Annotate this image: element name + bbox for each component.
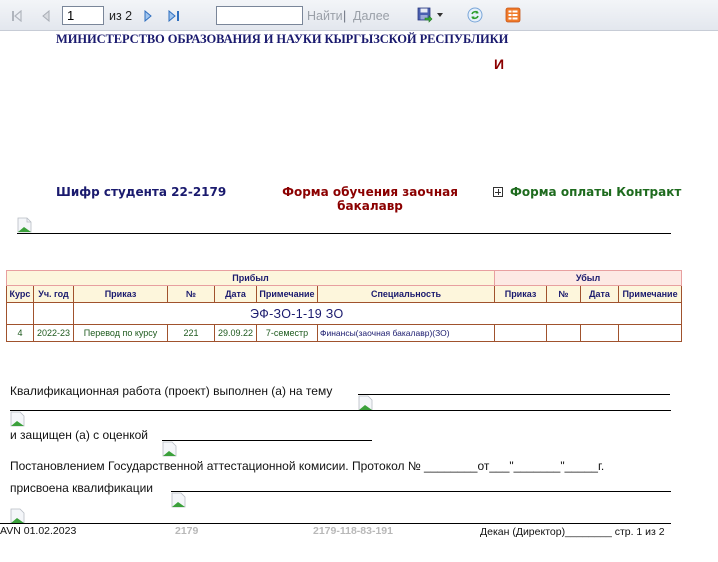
cell-out-order (495, 325, 547, 342)
broken-image-icon (171, 492, 187, 508)
grade-line (162, 440, 372, 441)
column-header: Приказ (74, 286, 168, 303)
header-letter: И (494, 56, 504, 72)
topic-line-2 (10, 410, 671, 411)
study-form: Форма обучения заочная бакалавр (270, 185, 470, 213)
payment-form-label: Форма оплаты Контракт (510, 185, 681, 199)
next-page-button[interactable] (140, 8, 156, 24)
commission-resolution: Постановлением Государственной аттестаци… (10, 459, 604, 473)
column-header: Уч. год (34, 286, 74, 303)
cell-out-number (547, 325, 581, 342)
group-header-arrived: Прибыл (7, 271, 495, 286)
records-table: Прибыл Убыл Курс Уч. год Приказ № Дата П… (6, 270, 682, 342)
cell-number: 221 (168, 325, 215, 342)
divider-line (17, 233, 671, 234)
column-header: Специальность (318, 286, 495, 303)
student-cipher: Шифр студента 22-2179 (56, 185, 226, 199)
broken-image-icon (17, 217, 33, 233)
first-page-button[interactable] (9, 8, 25, 24)
page-count-label: из 2 (109, 9, 132, 23)
cell-note: 7-семестр (257, 325, 318, 342)
qualification-work-label: Квалификационная работа (проект) выполне… (10, 384, 332, 398)
cell-date: 29.09.22 (215, 325, 257, 342)
column-header: Примечание (257, 286, 318, 303)
group-row-spacer (34, 303, 74, 325)
column-header: Приказ (495, 286, 547, 303)
qualification-line (171, 491, 671, 492)
group-header-departed: Убыл (495, 271, 682, 286)
defended-label: и защищен (а) с оценкой (10, 428, 148, 442)
cell-out-note (619, 325, 682, 342)
footer-dean-signature: Декан (Директор)________ стр. 1 из 2 (480, 526, 665, 538)
column-header: Курс (7, 286, 34, 303)
export-save-icon (417, 7, 433, 23)
previous-page-icon (41, 10, 51, 22)
column-header: Примечание (619, 286, 682, 303)
group-row: ЭФ-ЗО-1-19 ЗО (7, 303, 682, 325)
topic-line (358, 394, 670, 395)
payment-form: Форма оплаты Контракт (493, 185, 681, 199)
page-number-input[interactable] (62, 6, 104, 25)
last-page-icon (168, 10, 182, 22)
print-layout-icon (505, 7, 521, 23)
find-next-link[interactable]: Далее (353, 9, 390, 23)
cell-specialty: Финансы(заочная бакалавр)(ЗО) (318, 325, 495, 342)
group-row-spacer (7, 303, 34, 325)
column-header: Дата (215, 286, 257, 303)
column-header: № (547, 286, 581, 303)
export-button[interactable] (417, 7, 445, 23)
table-row: 4 2022-23 Перевод по курсу 221 29.09.22 … (7, 325, 682, 342)
broken-image-icon (162, 441, 178, 457)
cell-order: Перевод по курсу (74, 325, 168, 342)
refresh-button[interactable] (467, 7, 483, 23)
expand-toggle-icon[interactable] (493, 187, 503, 197)
last-page-button[interactable] (167, 8, 183, 24)
footer-system-date: AVN 01.02.2023 (0, 525, 76, 537)
footer-code-2: 2179-118-83-191 (313, 525, 393, 537)
report-toolbar: из 2 Найти | Далее (0, 0, 718, 31)
cell-course: 4 (7, 325, 34, 342)
study-form-line1: Форма обучения заочная (270, 185, 470, 199)
ministry-title: МИНИСТЕРСТВО ОБРАЗОВАНИЯ И НАУКИ КЫРГЫЗС… (56, 32, 508, 47)
search-input[interactable] (216, 6, 303, 25)
previous-page-button[interactable] (38, 8, 54, 24)
cell-out-date (581, 325, 619, 342)
print-layout-button[interactable] (505, 7, 521, 23)
study-form-line2: бакалавр (270, 199, 470, 213)
first-page-icon (11, 10, 23, 22)
footer-line (0, 523, 671, 524)
qualification-assigned-label: присвоена квалификации (10, 481, 153, 495)
footer-code-1: 2179 (175, 525, 198, 537)
broken-image-icon (358, 395, 374, 411)
find-separator: | (343, 9, 346, 23)
broken-image-icon (10, 411, 26, 427)
refresh-icon (467, 7, 483, 23)
dropdown-arrow-icon (437, 13, 443, 17)
column-header: Дата (581, 286, 619, 303)
find-link[interactable]: Найти (307, 9, 343, 23)
next-page-icon (143, 10, 153, 22)
broken-image-icon (10, 508, 26, 524)
cell-year: 2022-23 (34, 325, 74, 342)
column-header: № (168, 286, 215, 303)
group-name: ЭФ-ЗО-1-19 ЗО (74, 303, 682, 325)
